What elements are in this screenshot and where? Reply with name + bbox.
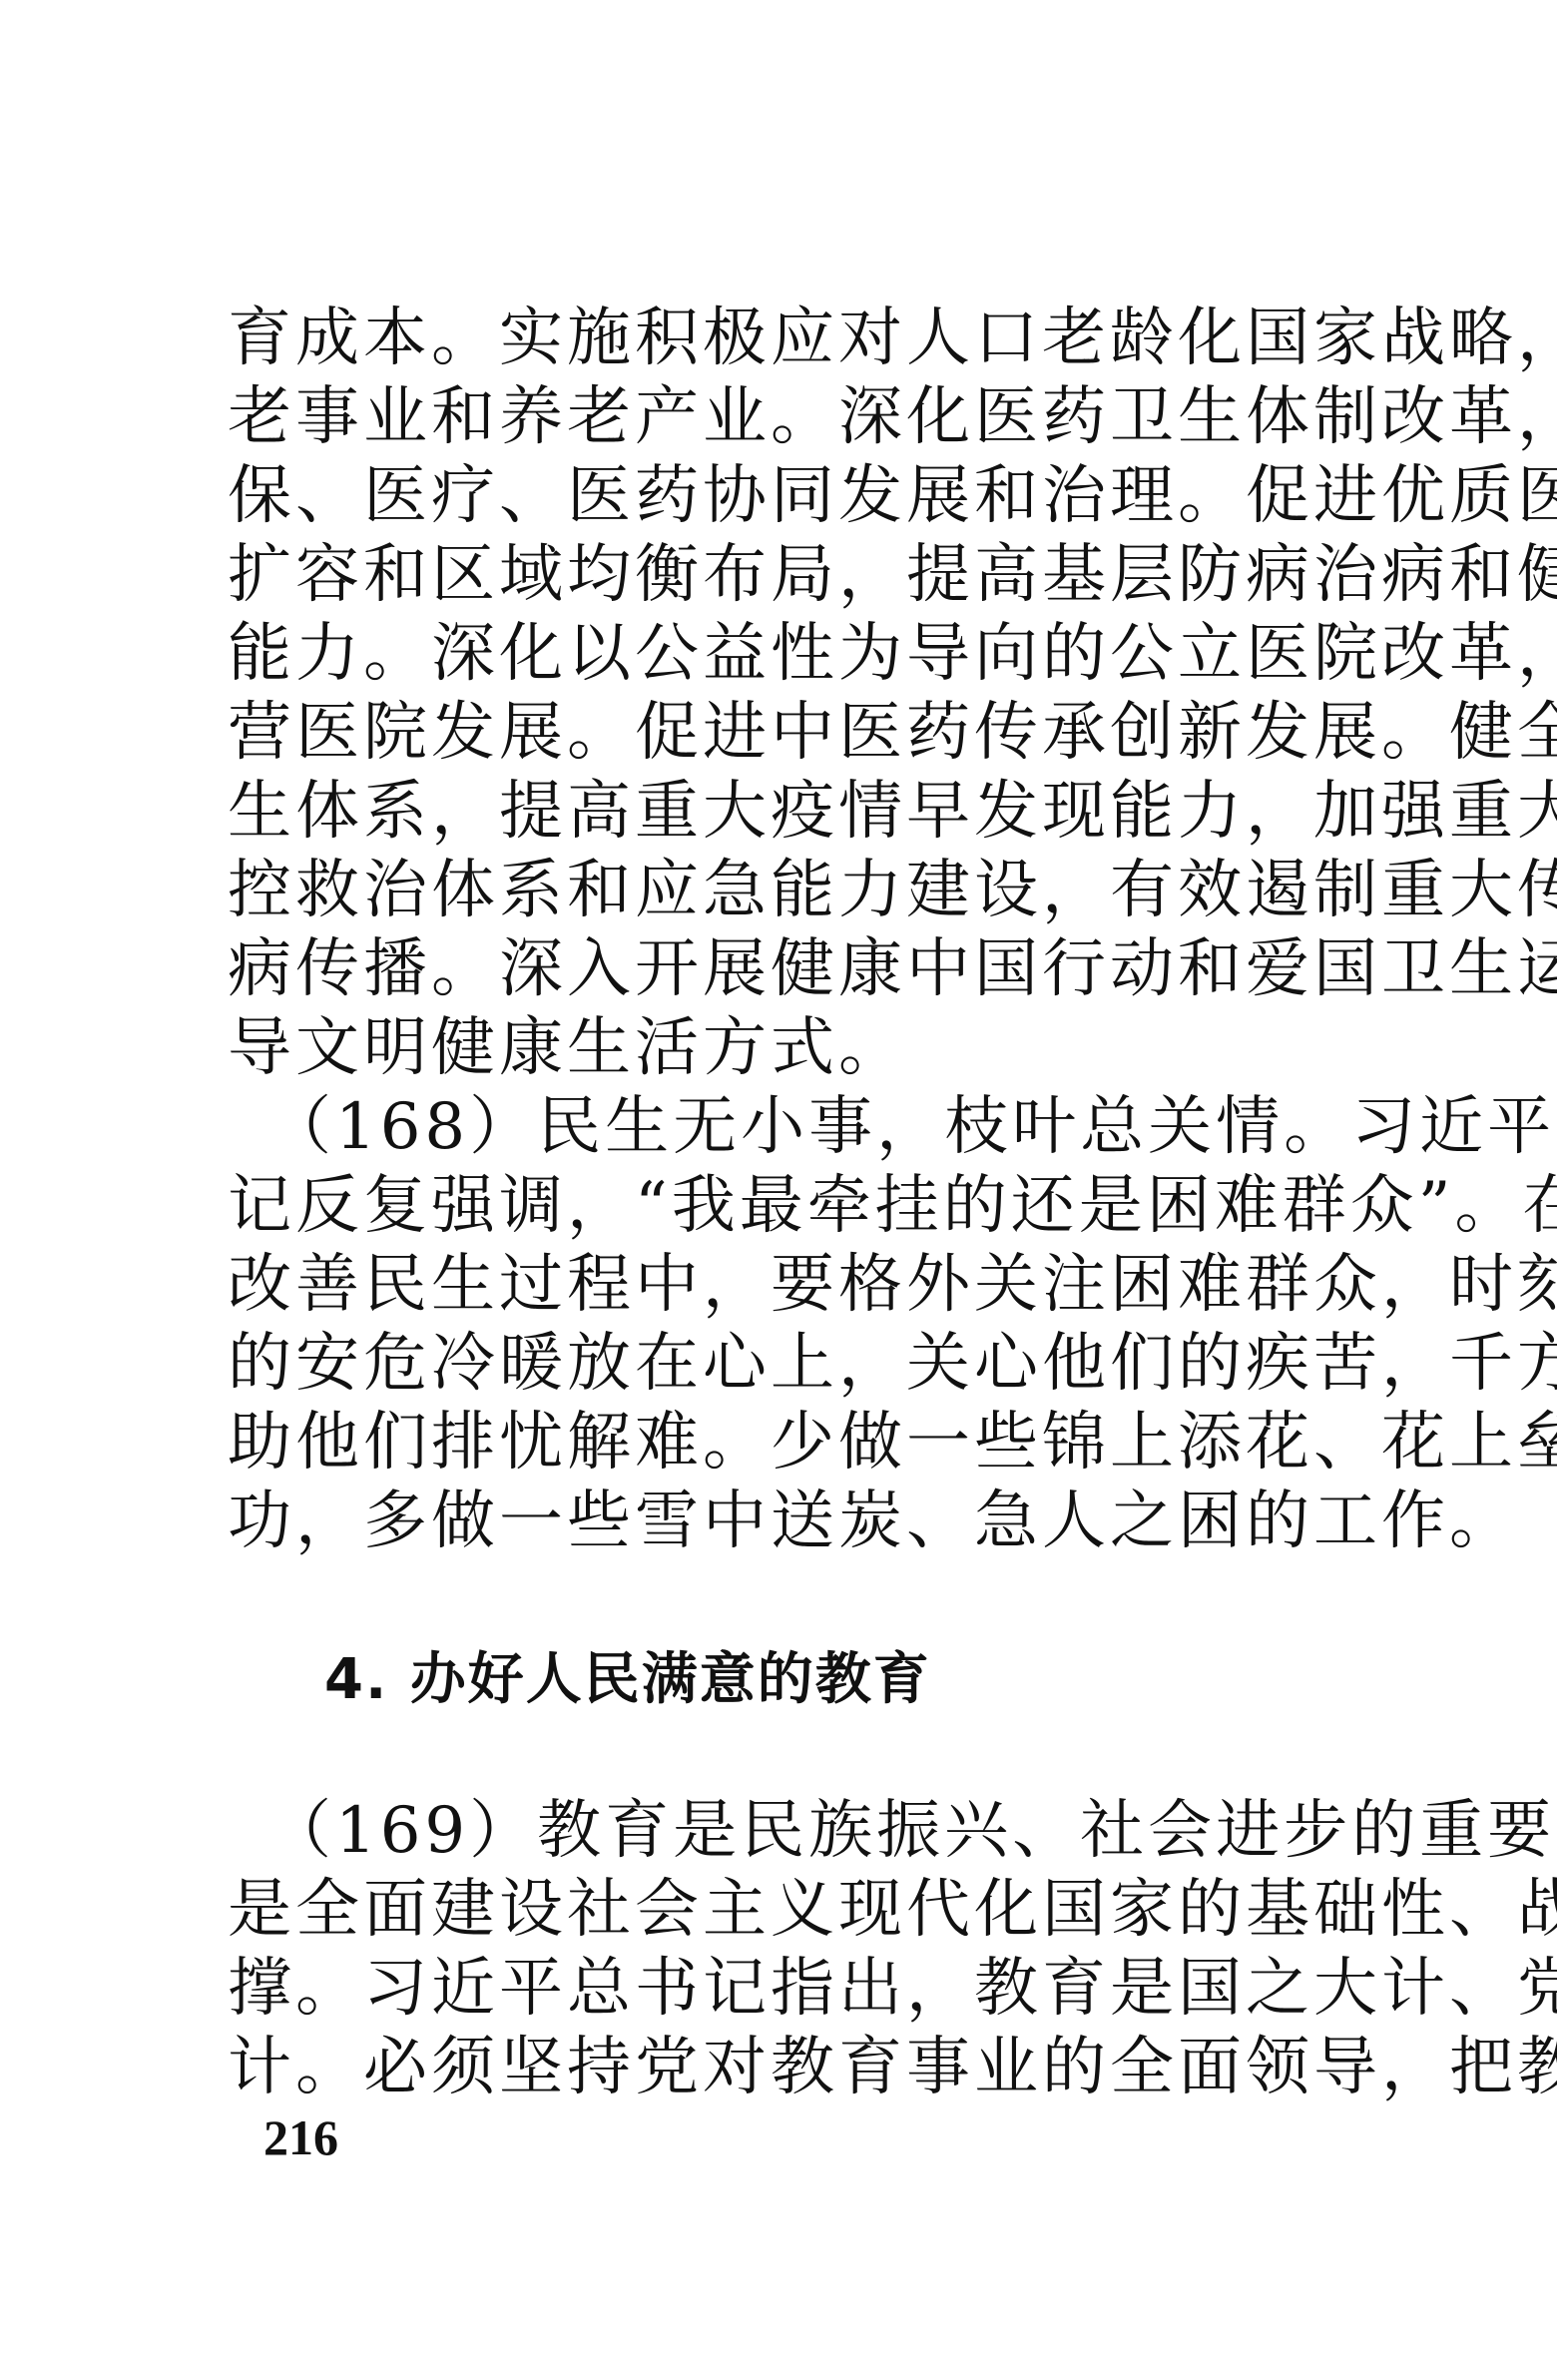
text-line: 病传播。深入开展健康中国行动和爱国卫生运动，倡 [228, 930, 1380, 1009]
text-line: 扩容和区域均衡布局，提高基层防病治病和健康管理 [228, 536, 1380, 615]
text-line: 导文明健康生活方式。 [228, 1009, 1380, 1088]
text-line: 生体系，提高重大疫情早发现能力，加强重大疫情防 [228, 773, 1380, 852]
text-line: 改善民生过程中，要格外关注困难群众，时刻把他们 [228, 1246, 1380, 1325]
text-line: 育成本。实施积极应对人口老龄化国家战略，发展养 [228, 299, 1380, 378]
text-line: 记反复强调，“我最牵挂的还是困难群众”。在保障和 [228, 1167, 1380, 1246]
text-line: 能力。深化以公益性为导向的公立医院改革，规范民 [228, 615, 1380, 694]
text-line: 是全面建设社会主义现代化国家的基础性、战略性支 [228, 1871, 1380, 1950]
paragraph-168: （168）民生无小事，枝叶总关情。习近平总书 记反复强调，“我最牵挂的还是困难群… [228, 1088, 1380, 1561]
text-line: 功，多做一些雪中送炭、急人之困的工作。 [228, 1483, 1380, 1561]
paragraph-health: 育成本。实施积极应对人口老龄化国家战略，发展养 老事业和养老产业。深化医药卫生体… [228, 299, 1380, 1088]
text-line: 撑。习近平总书记指出，教育是国之大计、党之大 [228, 1950, 1380, 2029]
text-line: 的安危冷暖放在心上，关心他们的疾苦，千方百计帮 [228, 1325, 1380, 1404]
page-number: 216 [263, 2108, 338, 2166]
text-line: 计。必须坚持党对教育事业的全面领导，把教育放在 [228, 2029, 1380, 2107]
text-line: （168）民生无小事，枝叶总关情。习近平总书 [228, 1088, 1380, 1167]
section-heading: 4. 办好人民满意的教育 [324, 1635, 931, 1715]
text-line: （169）教育是民族振兴、社会进步的重要基石， [228, 1792, 1380, 1871]
text-line: 控救治体系和应急能力建设，有效遏制重大传染性疾 [228, 852, 1380, 930]
text-line: 老事业和养老产业。深化医药卫生体制改革，促进医 [228, 378, 1380, 457]
text-line: 助他们排忧解难。少做一些锦上添花、花上垒花的虚 [228, 1404, 1380, 1483]
text-line: 保、医疗、医药协同发展和治理。促进优质医疗资源 [228, 457, 1380, 536]
text-line: 营医院发展。促进中医药传承创新发展。健全公共卫 [228, 694, 1380, 773]
paragraph-169: （169）教育是民族振兴、社会进步的重要基石， 是全面建设社会主义现代化国家的基… [228, 1792, 1380, 2107]
